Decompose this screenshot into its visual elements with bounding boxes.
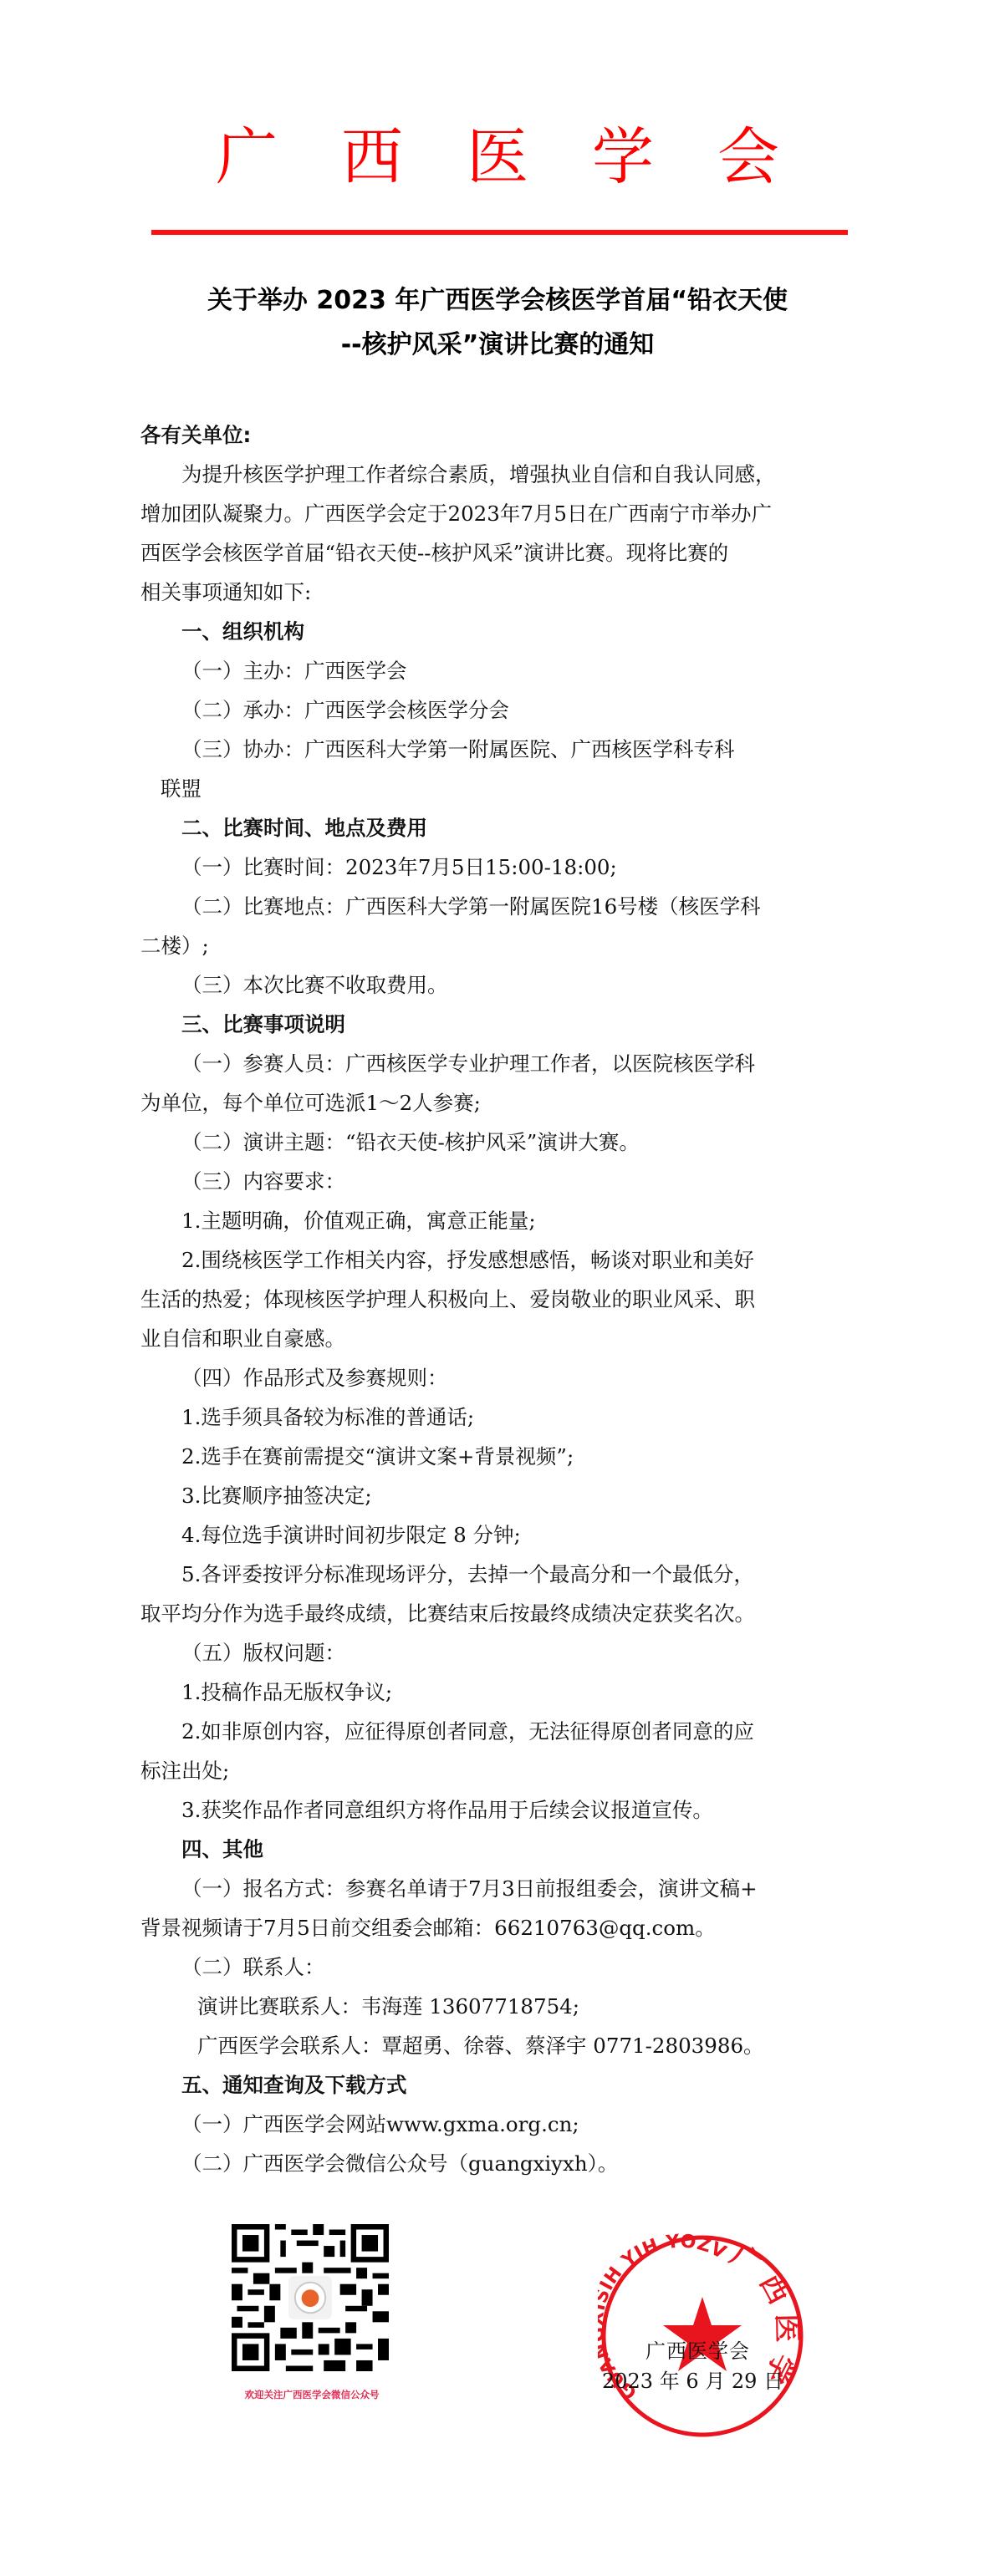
list-item: 2.围绕核医学工作相关内容，抒发感想感悟，畅谈对职业和美好	[140, 1240, 876, 1280]
contact-line: 演讲比赛联系人：韦海莲 13607718754;	[140, 1987, 876, 2026]
contact-line: 广西医学会联系人：覃超勇、徐蓉、蔡泽宇 0771-2803986。	[140, 2026, 876, 2065]
list-item: （二）广西医学会微信公众号（guangxiyxh）。	[140, 2144, 876, 2183]
list-item: （二）承办：广西医学会核医学分会	[140, 690, 876, 730]
salutation: 各有关单位:	[140, 415, 876, 455]
list-item-continued: 背景视频请于7月5日前交组委会邮箱：66210763@qq.com。	[140, 1908, 876, 1947]
letterhead-char: 学	[592, 115, 654, 199]
list-item: 1.投稿作品无版权争议;	[140, 1672, 876, 1712]
section-heading: 五、通知查询及下载方式	[140, 2065, 876, 2105]
signature-block: 广西医学会 2023 年 6 月 29 日	[602, 2336, 853, 2396]
letterhead-char: 西	[341, 115, 403, 199]
signature-org: 广西医学会	[602, 2336, 853, 2366]
list-item-continued: 为单位，每个单位可选派1～2人参赛;	[140, 1083, 876, 1123]
paragraph-line: 西医学会核医学首届“铅衣天使--核护风采”演讲比赛。现将比赛的	[140, 533, 876, 573]
section-heading: 二、比赛时间、地点及费用	[140, 808, 876, 848]
paragraph-line: 相关事项通知如下:	[140, 573, 876, 612]
list-item: （三）本次比赛不收取费用。	[140, 965, 876, 1005]
list-item: （三）协办：广西医科大学第一附属医院、广西核医学科专科	[140, 730, 876, 769]
list-item-continued: 二楼）;	[140, 926, 876, 965]
document-body: 各有关单位: 为提升核医学护理工作者综合素质，增强执业自信和自我认同感， 增加团…	[140, 415, 876, 2183]
list-item: （二）比赛地点：广西医科大学第一附属医院16号楼（核医学科	[140, 887, 876, 926]
paragraph-line: 增加团队凝聚力。广西医学会定于2023年7月5日在广西南宁市举办广	[140, 494, 876, 533]
letterhead-org-name: 广西医学会	[0, 115, 995, 199]
list-item: 4.每位选手演讲时间初步限定 8 分钟;	[140, 1515, 876, 1555]
letterhead-divider	[151, 230, 848, 235]
document-title-line-1: 关于举办 2023 年广西医学会核医学首届“铅衣天使	[0, 284, 995, 318]
list-item: 5.各评委按评分标准现场评分，去掉一个最高分和一个最低分，	[140, 1555, 876, 1594]
section-heading: 四、其他	[140, 1830, 876, 1869]
list-item-continued: 业自信和职业自豪感。	[140, 1319, 876, 1358]
list-item: （三）内容要求：	[140, 1162, 876, 1201]
signature-date: 2023 年 6 月 29 日	[602, 2366, 853, 2396]
list-item: 2.选手在赛前需提交“演讲文案+背景视频”;	[140, 1437, 876, 1476]
list-item: 2.如非原创内容，应征得原创者同意，无法征得原创者同意的应	[140, 1712, 876, 1751]
list-item: （二）演讲主题：“铅衣天使-核护风采”演讲大赛。	[140, 1123, 876, 1162]
list-item: 1.选手须具备较为标准的普通话;	[140, 1397, 876, 1437]
list-item: （一）广西医学会网站www.gxma.org.cn;	[140, 2105, 876, 2144]
document-title-line-2: --核护风采”演讲比赛的通知	[0, 328, 995, 362]
list-item: （一）主办：广西医学会	[140, 651, 876, 690]
list-item-continued: 标注出处;	[140, 1751, 876, 1790]
list-item: 3.比赛顺序抽签决定;	[140, 1476, 876, 1515]
letterhead-char: 广	[216, 115, 278, 199]
list-item: （五）版权问题：	[140, 1633, 876, 1672]
list-item: （二）联系人：	[140, 1947, 876, 1987]
list-item-continued: 取平均分作为选手最终成绩，比赛结束后按最终成绩决定获奖名次。	[140, 1594, 876, 1633]
list-item: 3.获奖作品作者同意组织方将作品用于后续会议报道宣传。	[140, 1790, 876, 1830]
list-item: 1.主题明确，价值观正确，寓意正能量;	[140, 1201, 876, 1240]
wechat-qr-code	[232, 2224, 389, 2371]
paragraph-line: 为提升核医学护理工作者综合素质，增强执业自信和自我认同感，	[140, 455, 876, 494]
list-item: （四）作品形式及参赛规则：	[140, 1358, 876, 1397]
list-item: （一）参赛人员：广西核医学专业护理工作者，以医院核医学科	[140, 1044, 876, 1083]
list-item: （一）比赛时间：2023年7月5日15:00-18:00;	[140, 848, 876, 887]
section-heading: 三、比赛事项说明	[140, 1005, 876, 1044]
section-heading: 一、组织机构	[140, 612, 876, 651]
qr-caption: 欢迎关注广西医学会微信公众号	[224, 2388, 400, 2401]
list-item-continued: 生活的热爱；体现核医学护理人积极向上、爱岗敬业的职业风采、职	[140, 1280, 876, 1319]
letterhead-char: 会	[717, 115, 779, 199]
letterhead-char: 医	[467, 115, 528, 199]
list-item-continued: 联盟	[140, 769, 876, 808]
list-item: （一）报名方式：参赛名单请于7月3日前报组委会，演讲文稿+	[140, 1869, 876, 1908]
